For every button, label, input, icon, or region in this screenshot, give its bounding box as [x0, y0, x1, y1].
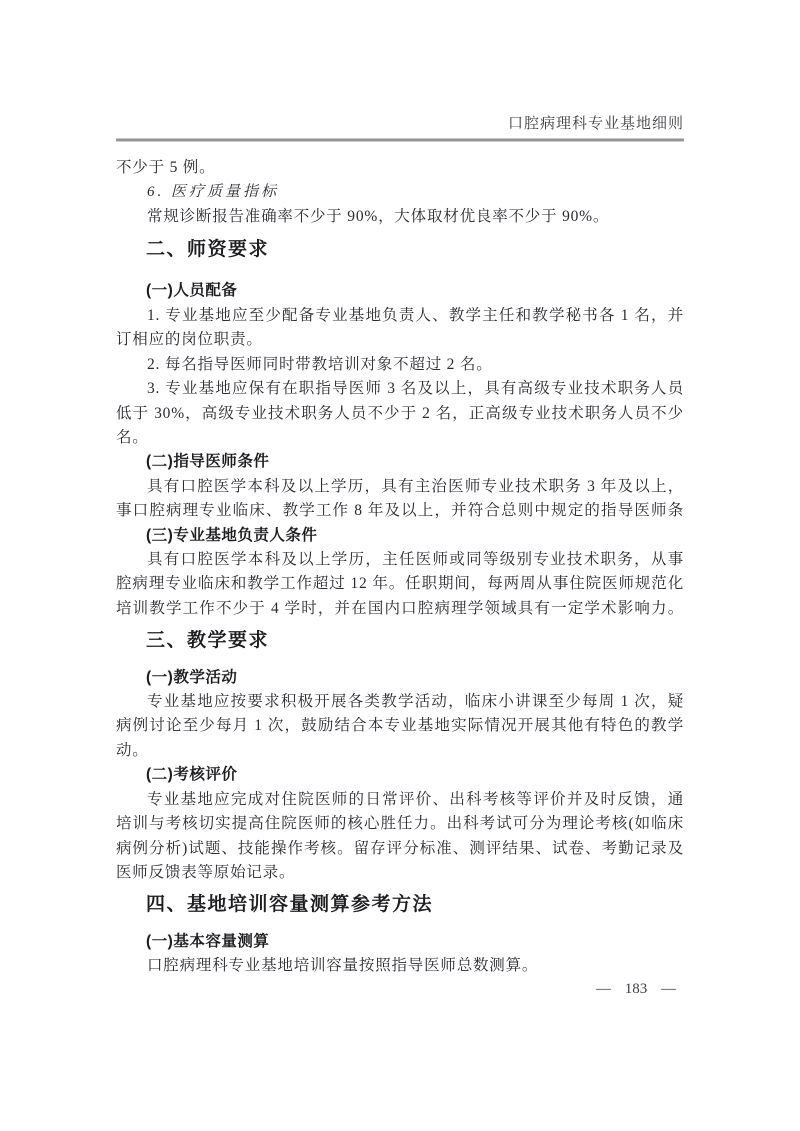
paragraph-basic-capacity: 口腔病理科专业基地培训容量按照指导医师总数测算。 [116, 954, 684, 978]
body-line: 低于 30%，高级专业技术职务人员不少于 2 名，正高级专业技术职务人员不少于 … [116, 402, 684, 426]
body-line: 口腔病理科专业基地培训容量按照指导医师总数测算。 [116, 954, 684, 978]
body-line: 腔病理专业临床和教学工作超过 12 年。任职期间，每两周从事住院医师规范化 [116, 572, 684, 596]
body-line: 专业基地应完成对住院医师的日常评价、出科考核等评价并及时反馈，通过 [116, 788, 684, 812]
paragraph-assessment: 专业基地应完成对住院医师的日常评价、出科考核等评价并及时反馈，通过 培训与考核切… [116, 788, 684, 886]
body-line: 事口腔病理专业临床、教学工作 8 年及以上，并符合总则中规定的指导医师条件。 [116, 499, 684, 523]
document-page: 口腔病理科专业基地细则 不少于 5 例。 6. 医疗质量指标 常规诊断报告准确率… [0, 0, 800, 1131]
running-header-title: 口腔病理科专业基地细则 [116, 114, 684, 134]
section-heading-teaching: 三、教学要求 [116, 627, 684, 654]
body-line: 名。 [116, 426, 684, 450]
section-heading-capacity: 四、基地培训容量测算参考方法 [116, 891, 684, 918]
subsection-heading-basic-capacity: (一)基本容量测算 [116, 930, 684, 954]
body-line: 培训与考核切实提高住院医师的核心胜任力。出科考试可分为理论考核(如临床 [116, 812, 684, 836]
body-line: 病例分析)试题、技能操作考核。留存评分标准、测评结果、试卷、考勤记录及住院 [116, 837, 684, 861]
body-line: 具有口腔医学本科及以上学历，主任医师或同等级别专业技术职务，从事口 [116, 548, 684, 572]
body-line: 病例讨论至少每月 1 次，鼓励结合本专业基地实际情况开展其他有特色的教学活 [116, 714, 684, 738]
subsection-heading-assessment: (二)考核评价 [116, 763, 684, 787]
paragraph-leader: 具有口腔医学本科及以上学历，主任医师或同等级别专业技术职务，从事口 腔病理专业临… [116, 548, 684, 621]
body-line: 常规诊断报告准确率不少于 90%，大体取材优良率不少于 90%。 [116, 205, 684, 229]
body-line: 2. 每名指导医师同时带教培训对象不超过 2 名。 [116, 353, 684, 377]
page-number: — 183 — [116, 979, 684, 999]
header-rule [116, 138, 684, 142]
body-line: 1. 专业基地应至少配备专业基地负责人、教学主任和教学秘书各 1 名，并制 [116, 304, 684, 328]
paragraph-staffing: 1. 专业基地应至少配备专业基地负责人、教学主任和教学秘书各 1 名，并制 订相… [116, 304, 684, 450]
body-line: 动。 [116, 739, 684, 763]
intro-paragraph: 不少于 5 例。 6. 医疗质量指标 常规诊断报告准确率不少于 90%，大体取材… [116, 156, 684, 229]
subsection-heading-supervisor: (二)指导医师条件 [116, 450, 684, 474]
paragraph-supervisor: 具有口腔医学本科及以上学历，具有主治医师专业技术职务 3 年及以上，从 事口腔病… [116, 475, 684, 524]
body-line: 专业基地应按要求积极开展各类教学活动，临床小讲课至少每周 1 次，疑难 [116, 690, 684, 714]
body-line: 培训教学工作不少于 4 学时，并在国内口腔病理学领域具有一定学术影响力。 [116, 597, 684, 621]
section-heading-faculty: 二、师资要求 [116, 236, 684, 263]
paragraph-activities: 专业基地应按要求积极开展各类教学活动，临床小讲课至少每周 1 次，疑难 病例讨论… [116, 690, 684, 763]
subsection-heading-leader: (三)专业基地负责人条件 [116, 524, 684, 548]
subsection-heading-activities: (一)教学活动 [116, 666, 684, 690]
body-line: 医师反馈表等原始记录。 [116, 861, 684, 885]
body-line: 3. 专业基地应保有在职指导医师 3 名及以上，具有高级专业技术职务人员不 [116, 377, 684, 401]
body-line: 订相应的岗位职责。 [116, 328, 684, 352]
numbered-item-quality-indicators: 6. 医疗质量指标 [116, 180, 684, 204]
body-line: 具有口腔医学本科及以上学历，具有主治医师专业技术职务 3 年及以上，从 [116, 475, 684, 499]
body-line: 不少于 5 例。 [116, 156, 684, 180]
subsection-heading-staffing: (一)人员配备 [116, 279, 684, 303]
